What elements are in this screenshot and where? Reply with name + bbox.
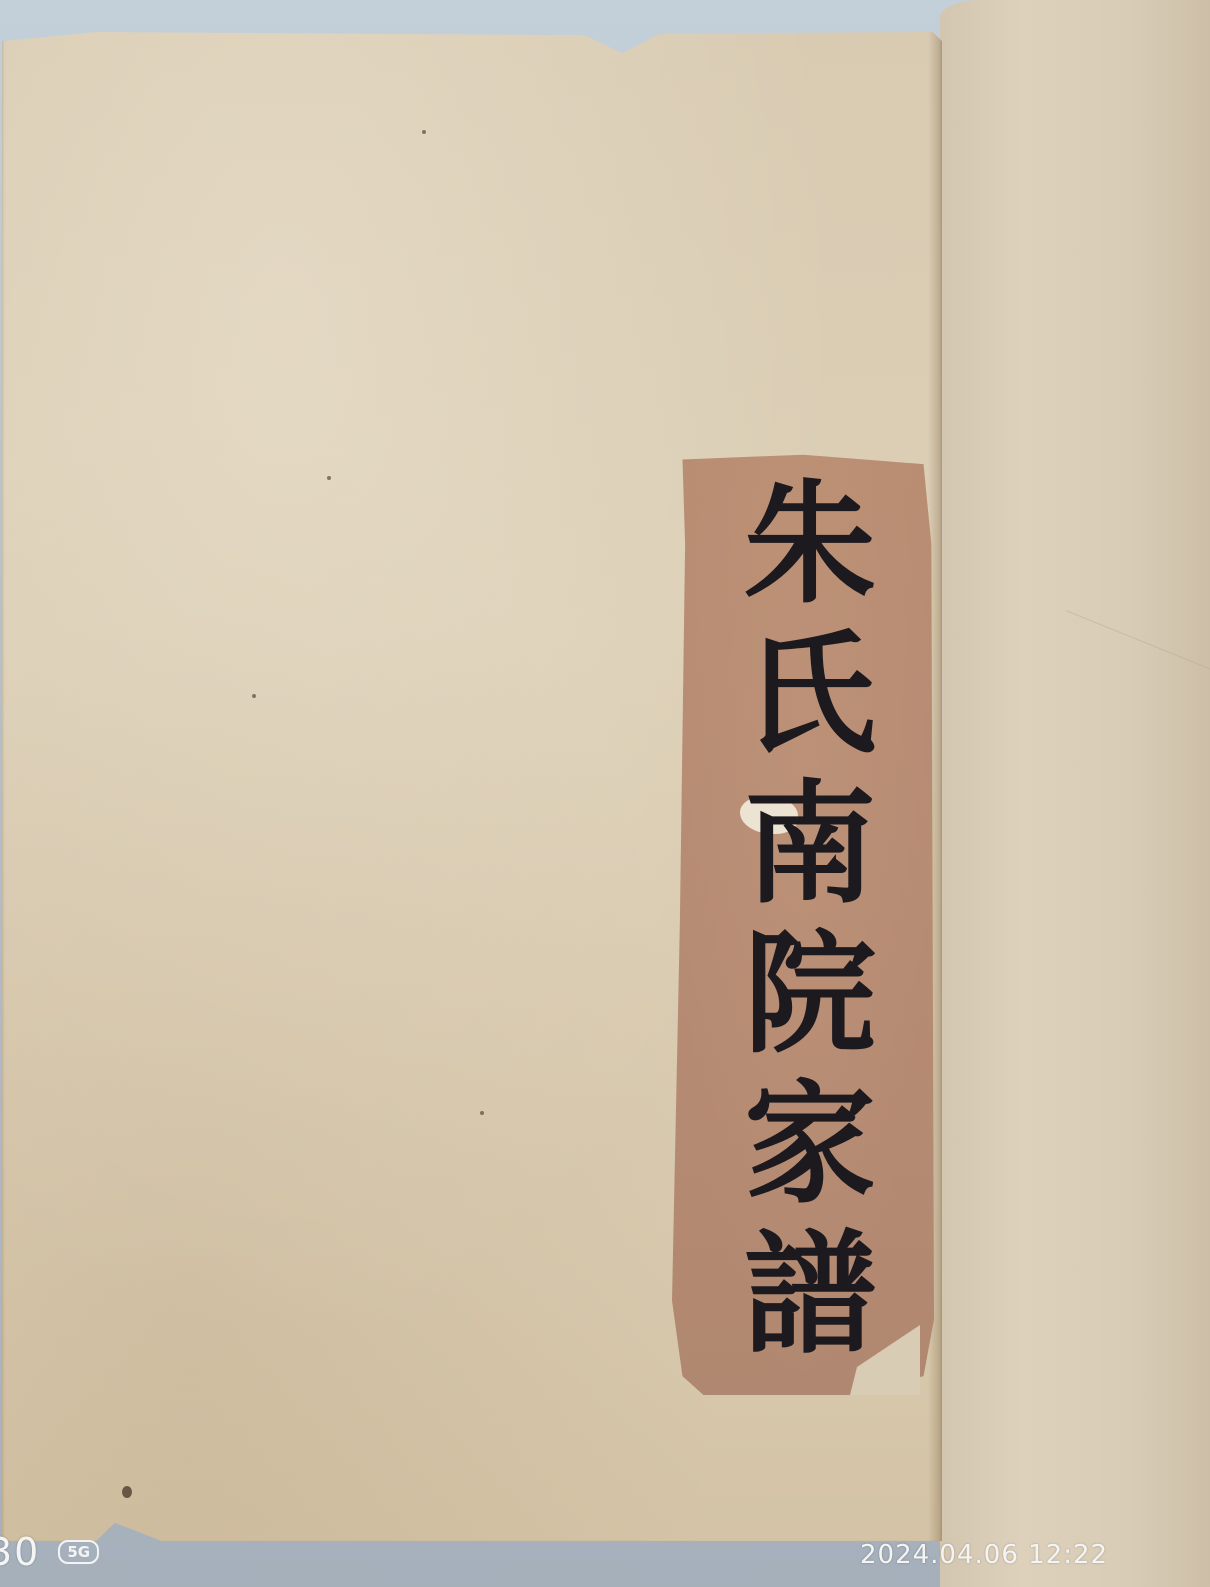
camera-watermark: 30 5G xyxy=(0,1530,99,1574)
title-char: 院 xyxy=(725,920,895,1070)
paper-speck xyxy=(480,1111,484,1115)
paper-speck xyxy=(252,694,256,698)
book-back-page xyxy=(940,0,1210,1587)
paper-hole xyxy=(122,1486,132,1498)
title-char: 朱 xyxy=(725,470,895,620)
page-crease xyxy=(1066,610,1210,671)
title-char: 譜 xyxy=(725,1220,895,1370)
photo-timestamp: 2024.04.06 12:22 xyxy=(860,1540,1108,1570)
network-5g-badge: 5G xyxy=(58,1540,99,1564)
device-model-text: 30 xyxy=(0,1530,40,1574)
title-char: 南 xyxy=(725,770,895,920)
paper-speck xyxy=(327,476,331,480)
title-char: 氏 xyxy=(725,620,895,770)
paper-speck xyxy=(422,130,426,134)
cover-title: 朱 氏 南 院 家 譜 xyxy=(725,470,895,1370)
title-char: 家 xyxy=(725,1070,895,1220)
